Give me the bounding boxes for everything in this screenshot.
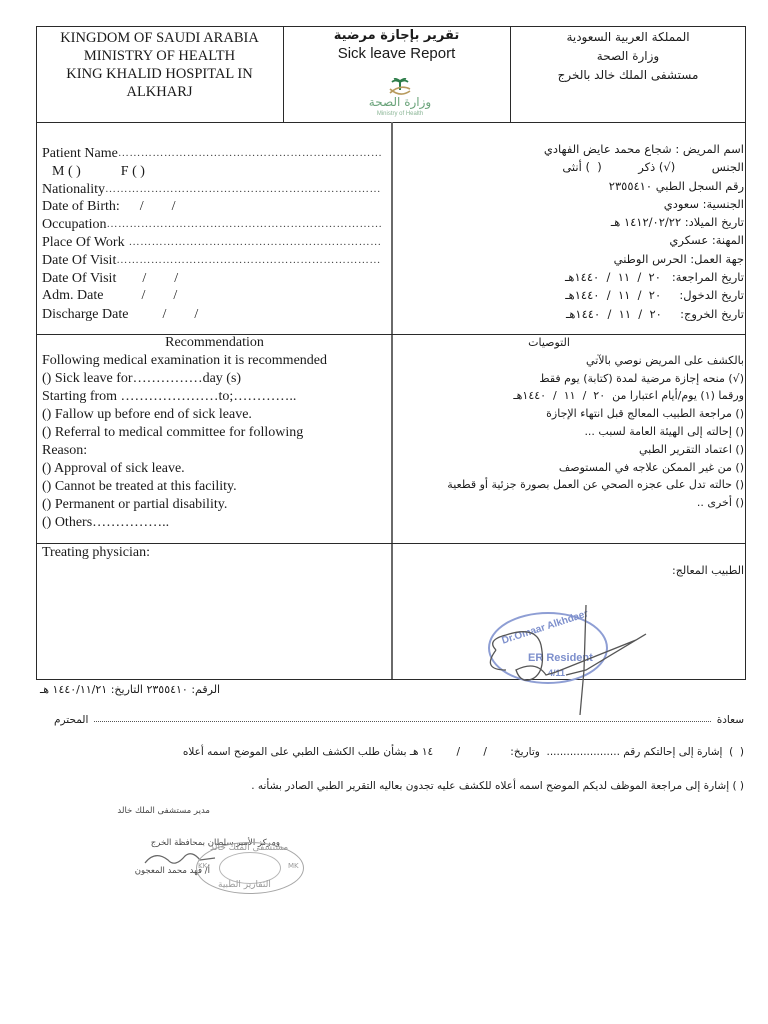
report-title: تقرير بإجازة مرضية Sick leave Report: [283, 26, 510, 62]
recommendation-line: ورقما (١) يوم/أيام اعتبارا من ٢٠ / ١١ / …: [404, 387, 744, 405]
date-slashes: / /: [141, 287, 177, 305]
dob-field: Date of Birth:/ /: [42, 198, 382, 216]
patient-info-english: Patient Name…………………………………………………………………… M…: [42, 145, 382, 324]
disability-option-arabic[interactable]: () حالته تدل على عجزه الصحي عن العمل بصو…: [404, 476, 744, 494]
stamp-left-text: KK: [198, 862, 207, 870]
table-border-left: [36, 26, 37, 680]
field-label: Adm. Date: [42, 287, 103, 305]
female-checkbox[interactable]: F ( ): [121, 163, 145, 181]
admission-date-arabic: تاريخ الدخول: ٢٠ / ١١ / ١٤٤٠هـ: [414, 286, 744, 304]
logo-english-text: Ministry of Health: [350, 111, 450, 117]
header-line: ALKHARJ: [36, 83, 283, 101]
header-line: المملكة العربية السعودية: [510, 28, 746, 47]
visit-date-arabic: تاريخ المراجعة: ٢٠ / ١١ / ١٤٤٠هـ: [414, 268, 744, 286]
field-label: Patient Name: [42, 145, 118, 163]
stamp-top-text: مستشفى الملك خالد: [210, 843, 288, 853]
follow-up-option-arabic[interactable]: () مراجعة الطبيب المعالج قبل انتهاء الإج…: [404, 405, 744, 423]
sick-leave-option[interactable]: () Sick leave for……………day (s): [42, 370, 387, 388]
field-label: Date Of Visit: [42, 270, 116, 288]
treating-physician-label: Treating physician:: [42, 545, 150, 561]
discharge-date-field: Discharge Date/ /: [42, 306, 382, 324]
field-label: Discharge Date: [42, 306, 128, 324]
patient-name-arabic: اسم المريض : شجاع محمد عايض الفهادي: [414, 140, 744, 158]
dob-arabic: تاريخ الميلاد: ١٤١٢/٠٢/٢٢ هـ: [414, 213, 744, 231]
salutation-start: سعادة: [717, 714, 744, 726]
hospital-name-english: KINGDOM OF SAUDI ARABIA MINISTRY OF HEAL…: [36, 26, 283, 101]
date-slashes: / /: [142, 270, 178, 288]
salutation-end: المحترم: [54, 714, 88, 726]
director-title: مدير مستشفى الملك خالد: [100, 806, 210, 816]
recommendation-line: بالكشف على المريض نوصي بالآتي: [404, 352, 744, 370]
recommendation-title-arabic: التوصيات: [404, 334, 744, 352]
field-label: Date of Birth:: [42, 198, 120, 216]
report-title-arabic: تقرير بإجازة مرضية: [283, 28, 510, 43]
fill-dots: ……………………………………………………………………: [116, 252, 382, 270]
header-line: مستشفى الملك خالد بالخرج: [510, 66, 746, 85]
fill-dots: ……………………………………………………………………: [118, 145, 382, 163]
date-slashes: / /: [140, 198, 176, 216]
fill-dots: ……………………………………………………………………: [107, 216, 382, 234]
header-line: KINGDOM OF SAUDI ARABIA: [36, 29, 283, 47]
table-border-right: [745, 26, 746, 680]
approval-option[interactable]: () Approval of sick leave.: [42, 460, 387, 478]
recipient-fill-line[interactable]: [94, 714, 710, 722]
stamp-bottom-text: التقارير الطبية: [218, 880, 271, 890]
header-line: MINISTRY OF HEALTH: [36, 47, 283, 65]
physician-signature-icon: [476, 590, 676, 720]
follow-up-option[interactable]: () Fallow up before end of sick leave.: [42, 406, 387, 424]
medical-record-arabic: رقم السجل الطبي ٢٣٥٥٤١٠: [414, 177, 744, 195]
referral-reference-option[interactable]: ( ) إشارة إلى إحالتكم رقم ..............…: [183, 746, 744, 758]
sick-leave-option-arabic[interactable]: (√) منحه إجازة مرضية لمدة (كتابة) يوم فق…: [404, 370, 744, 388]
workplace-arabic: جهة العمل: الحرس الوطني: [414, 250, 744, 268]
recommendation-line: Starting from …………………to;…………..: [42, 388, 387, 406]
discharge-date-arabic: تاريخ الخروج: ٢٠ / ١١ / ١٤٤٠هـ: [414, 305, 744, 323]
recommendation-english: Recommendation Following medical examina…: [42, 334, 387, 532]
cannot-treat-option-arabic[interactable]: () من غير الممكن علاجه في المستوصف: [404, 459, 744, 477]
recommendation-line: Following medical examination it is reco…: [42, 352, 387, 370]
date-slashes: / /: [162, 306, 198, 324]
header-line: KING KHALID HOSPITAL IN: [36, 65, 283, 83]
date-of-visit-date-field: Date Of Visit/ /: [42, 270, 382, 288]
referral-option-arabic[interactable]: () إحالته إلى الهيئة العامة لسبب ...: [404, 423, 744, 441]
report-title-english: Sick leave Report: [283, 45, 510, 62]
recommendation-title: Recommendation: [42, 334, 387, 352]
referral-option[interactable]: () Referral to medical committee for fol…: [42, 424, 387, 442]
approval-option-arabic[interactable]: () اعتماد التقرير الطبي: [404, 441, 744, 459]
others-option-arabic[interactable]: () أخرى ..: [404, 494, 744, 512]
adm-date-field: Adm. Date/ /: [42, 287, 382, 305]
nationality-arabic: الجنسية: سعودي: [414, 195, 744, 213]
hospital-name-arabic: المملكة العربية السعودية وزارة الصحة مست…: [510, 26, 746, 85]
salutation-line: سعادة المحترم: [54, 714, 744, 726]
patient-info-arabic: اسم المريض : شجاع محمد عايض الفهادي الجن…: [414, 140, 744, 323]
occupation-field: Occupation……………………………………………………………………: [42, 216, 382, 234]
column-divider: [391, 122, 393, 680]
cannot-treat-option[interactable]: () Cannot be treated at this facility.: [42, 478, 387, 496]
fill-dots: ……………………………………………………………………: [105, 181, 382, 199]
field-label: Place Of Work: [42, 234, 125, 252]
others-option[interactable]: () Others……………..: [42, 514, 387, 532]
patient-name-field: Patient Name……………………………………………………………………: [42, 145, 382, 163]
place-of-work-field: Place Of Work……………………………………………………………………: [42, 234, 382, 252]
field-label: Occupation: [42, 216, 107, 234]
gender-field: M ( )F ( ): [42, 163, 382, 181]
ministry-of-health-logo: وزارة الصحة Ministry of Health: [350, 78, 450, 120]
treating-physician-label-arabic: الطبيب المعالج:: [672, 564, 744, 577]
disability-option[interactable]: () Permanent or partial disability.: [42, 496, 387, 514]
fill-dots: ……………………………………………………………………: [129, 234, 382, 252]
male-checkbox[interactable]: M ( ): [52, 163, 81, 181]
employee-review-option[interactable]: ( ) إشارة إلى مراجعة الموظف لديكم الموضح…: [251, 780, 744, 792]
stamp-right-text: MK: [288, 862, 299, 870]
recommendation-line: Reason:: [42, 442, 387, 460]
gender-arabic: الجنس (√) ذكر ( ) أنثى: [414, 158, 744, 176]
recommendation-arabic: التوصيات بالكشف على المريض نوصي بالآتي (…: [404, 334, 744, 512]
logo-arabic-text: وزارة الصحة: [350, 95, 450, 109]
date-of-visit-field: Date Of Visit……………………………………………………………………: [42, 252, 382, 270]
field-label: Nationality: [42, 181, 105, 199]
header-line: وزارة الصحة: [510, 47, 746, 66]
reference-number-date: الرقم: ٢٣٥٥٤١٠ التاريخ: ١٤٤٠/١١/٢١ هـ: [40, 683, 272, 696]
field-label: Date Of Visit: [42, 252, 116, 270]
nationality-field: Nationality……………………………………………………………………: [42, 181, 382, 199]
row-divider-3: [36, 543, 746, 544]
occupation-arabic: المهنة: عسكري: [414, 231, 744, 249]
